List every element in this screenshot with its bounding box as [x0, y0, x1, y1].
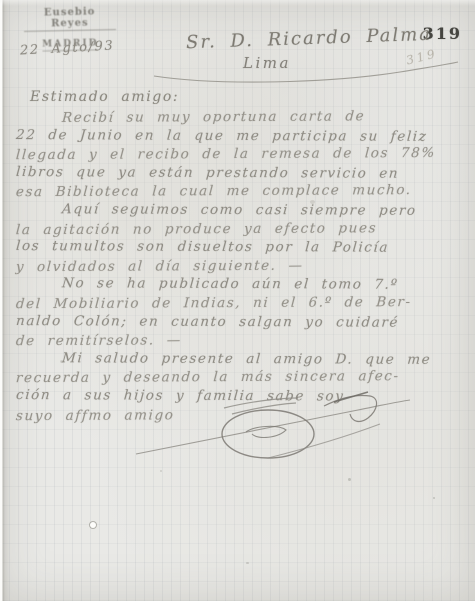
handwritten-line: 22 de Junio en la que me participa su fe…: [15, 126, 466, 147]
letter-place: Lima: [243, 54, 291, 72]
scanned-letter-page: Eusebio Reyes MADRID 319 319 22 Agto/93 …: [0, 0, 475, 601]
scan-edge-shadow: [0, 0, 10, 601]
handwritten-line: Aquí seguimos como casi siempre pero: [15, 200, 466, 221]
paper-speck: [90, 522, 96, 528]
stamp-name: Eusebio Reyes: [24, 6, 116, 32]
handwritten-line: los tumultos son disueltos por la Policí…: [15, 237, 466, 258]
handwritten-line: llegada y el recibo de la remesa de los …: [15, 144, 466, 165]
handwritten-line: recuerda y deseando la más sincera afec-: [15, 367, 466, 388]
handwritten-line: esa Biblioteca la cual me complace mucho…: [15, 181, 466, 202]
handwritten-line: del Mobiliario de Indias, ni el 6.º de B…: [15, 293, 466, 314]
handwritten-line: No se ha publicado aún el tomo 7.º: [15, 274, 466, 295]
handwritten-line: de remitírselos. —: [15, 330, 466, 351]
handwritten-line: la agitación no produce ya efecto pues: [15, 218, 466, 239]
letter-addressee: Sr. D. Ricardo Palma: [186, 24, 433, 54]
scan-edge-highlight: [0, 0, 475, 6]
folio-number-pencil: 319: [405, 46, 439, 67]
paper-speck: [433, 497, 435, 499]
handwritten-line: Recibí su muy oportuna carta de: [15, 107, 466, 128]
letter-salutation: Estimado amigo:: [30, 89, 179, 105]
signature-flourish: [128, 388, 418, 473]
handwritten-line: naldo Colón; en cuanto salgan yo cuidaré: [15, 312, 466, 333]
paper-speck: [348, 478, 351, 481]
paper-speck: [246, 562, 249, 564]
letter-body: Recibí su muy oportuna carta de22 de Jun…: [16, 108, 466, 424]
